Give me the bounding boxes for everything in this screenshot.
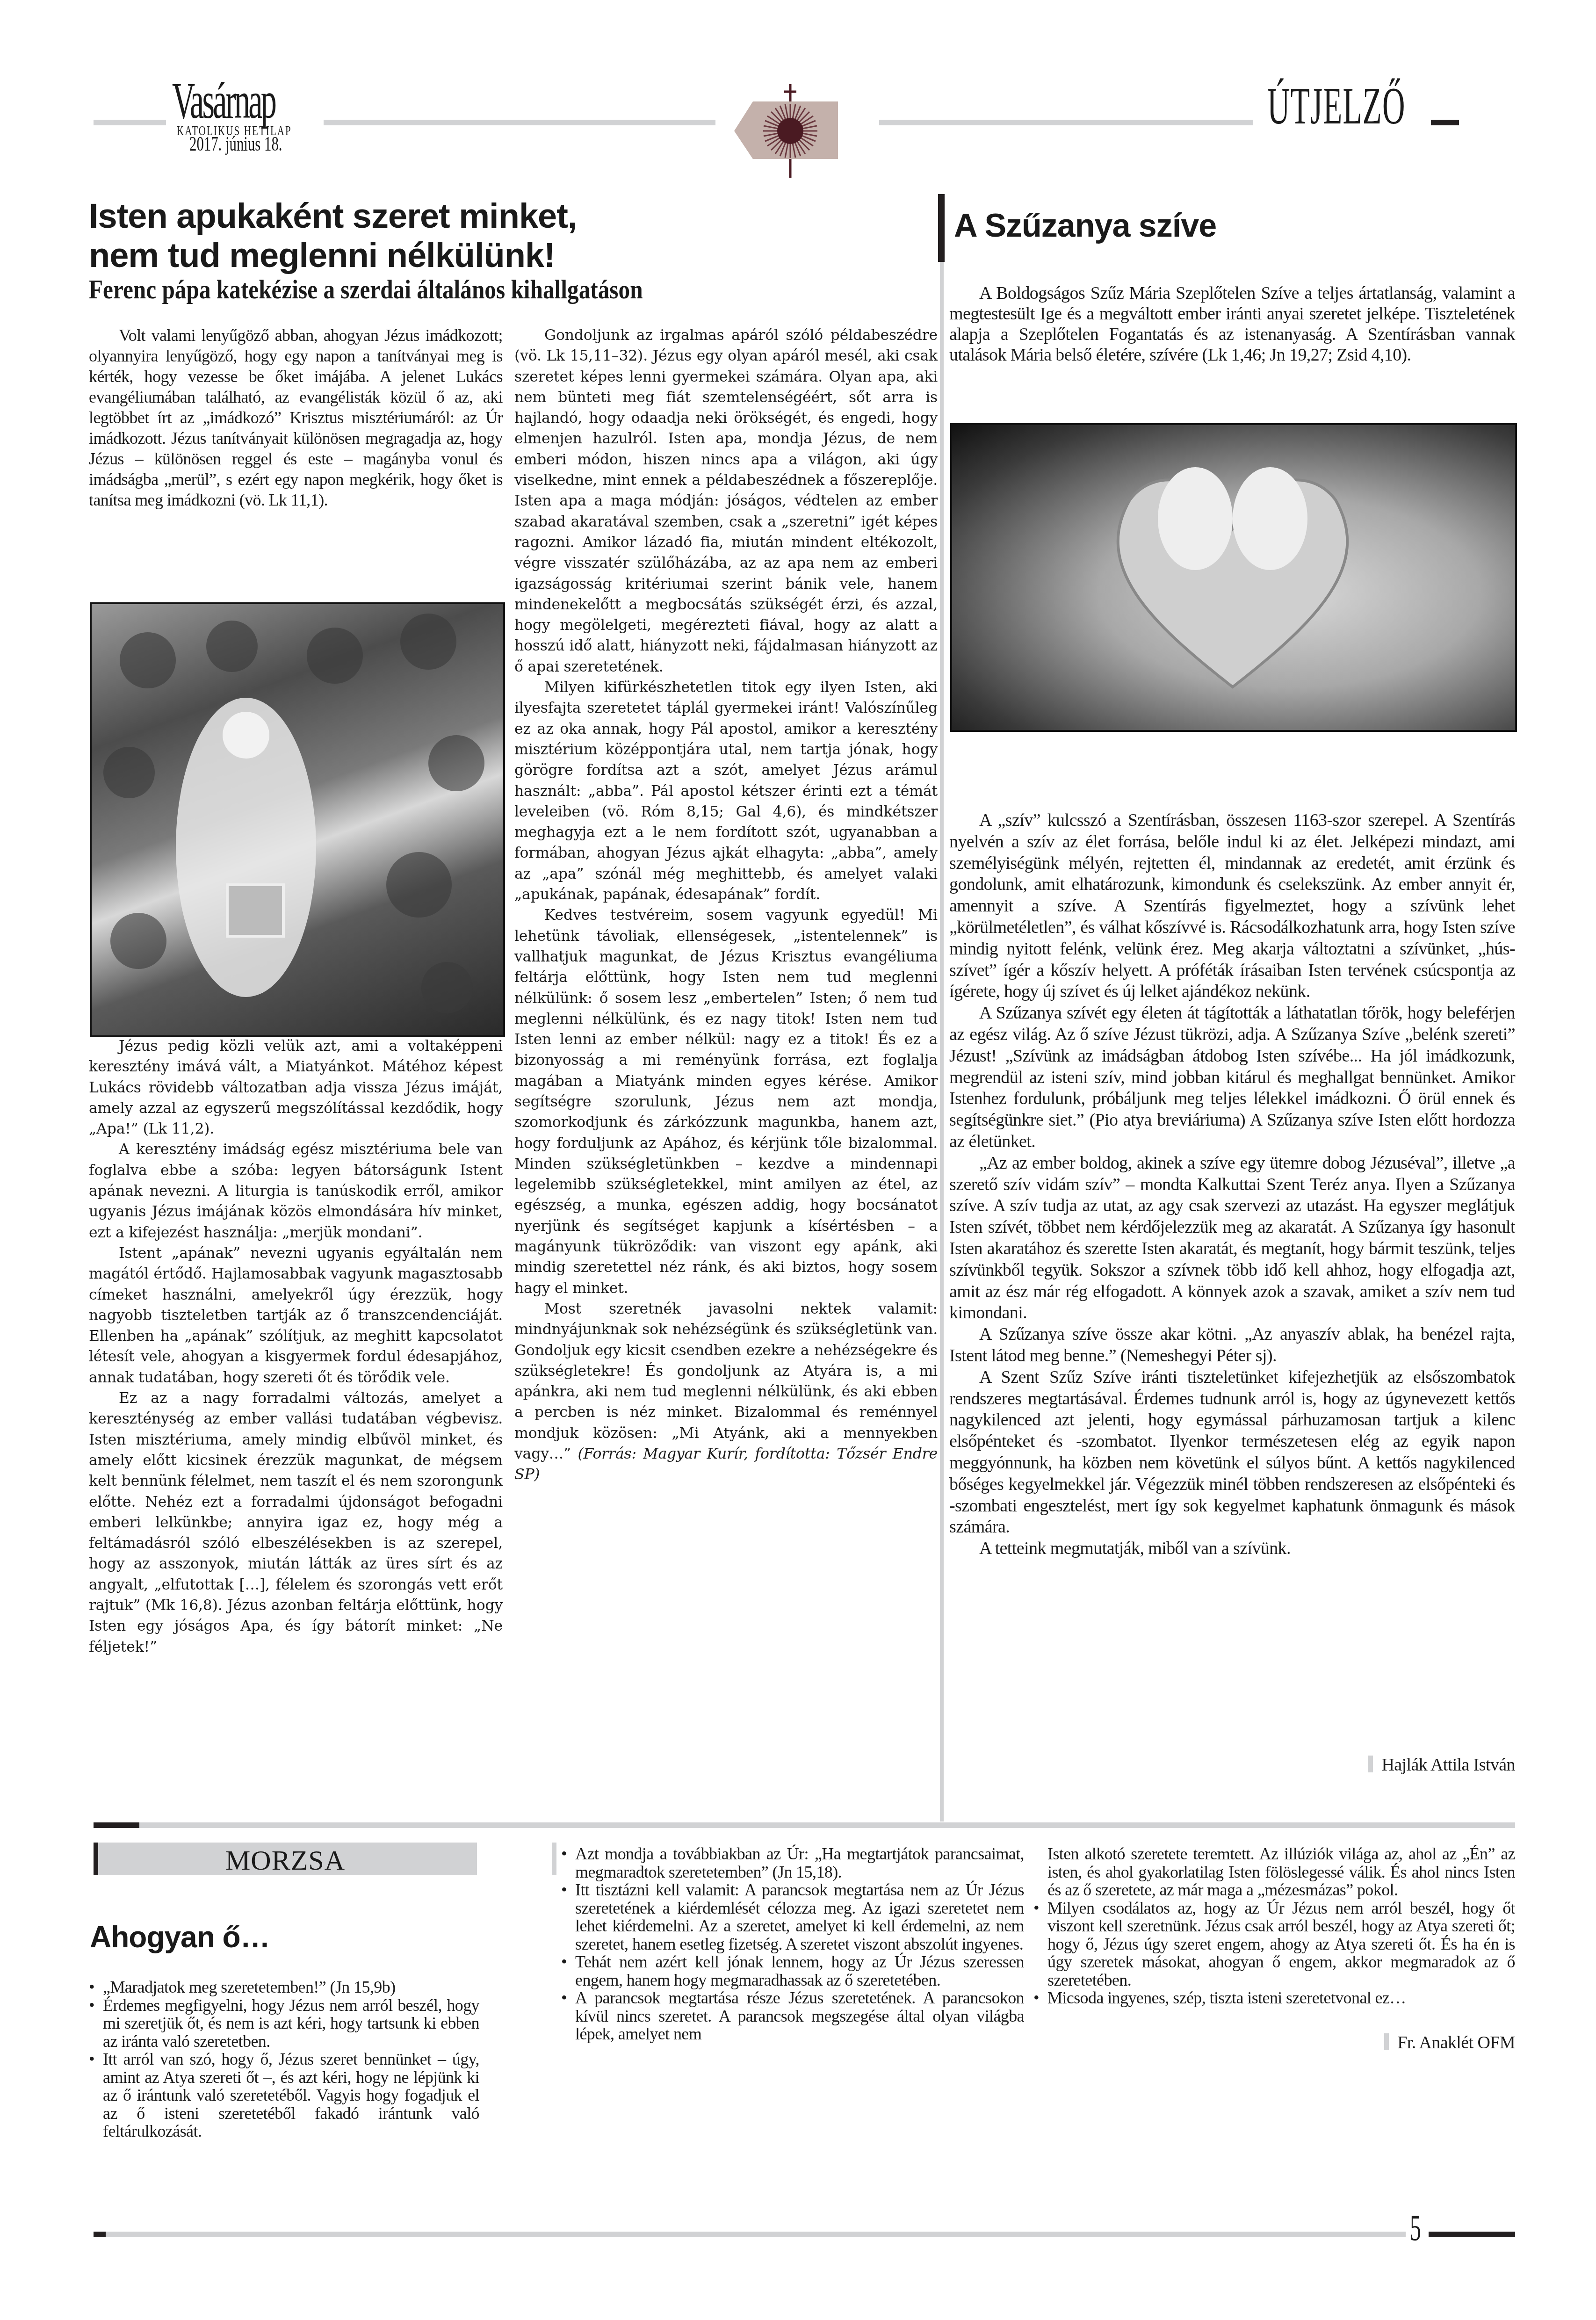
page-number: 5	[1410, 2207, 1421, 2249]
footer-rule-black-right	[1429, 2232, 1515, 2237]
article-title-line1: Isten apukaként szeret minket,	[89, 196, 790, 236]
main-col1-bottom: Jézus pedig közli velük azt, ami a volta…	[89, 1036, 503, 1657]
paragraph: A Szűzanya szívét egy életen át tágított…	[949, 1003, 1515, 1153]
newspaper-logo: Vasárnap	[172, 77, 275, 124]
paragraph: Volt valami lenyűgöző abban, ahogyan Jéz…	[89, 325, 503, 510]
section-rule-gray	[139, 1822, 1515, 1828]
main-col2: Gondoljunk az irgalmas apáról szóló péld…	[514, 325, 938, 1485]
morzsa-header: MORZSA	[94, 1843, 477, 1875]
main-col1-top: Volt valami lenyűgöző abban, ahogyan Jéz…	[89, 325, 503, 510]
closing-paragraph: Most szeretnék javasolni nektek valamit:…	[514, 1301, 938, 1462]
morzsa-col2: Azt mondja a továbbiakban az Úr: „Ha meg…	[561, 1845, 1024, 2043]
list-item: Érdemes megfigyelni, hogy Jézus nem arró…	[89, 1996, 479, 2051]
list-item: Itt tisztázni kell valamit: A parancsok …	[561, 1881, 1024, 1953]
list-item: Azt mondja a továbbiakban az Úr: „Ha meg…	[561, 1845, 1024, 1881]
author-name: Hajlák Attila István	[1381, 1755, 1515, 1775]
paragraph: Jézus pedig közli velük azt, ami a volta…	[89, 1036, 503, 1139]
right-intro: A Boldogságos Szűz Mária Szeplőtelen Szí…	[949, 283, 1515, 365]
paragraph: Kedves testvéreim, sosem vagyunk egyedül…	[514, 905, 938, 1299]
paragraph: „Az az ember boldog, akinek a szíve egy …	[949, 1153, 1515, 1324]
morzsa-col1: „Maradjatok meg szeretetemben!” (Jn 15,9…	[89, 1936, 479, 2140]
list-item: Itt arról van szó, hogy ő, Jézus szeret …	[89, 2050, 479, 2140]
section-rule-black	[94, 1822, 139, 1828]
article-title: Isten apukaként szeret minket, nem tud m…	[89, 196, 790, 275]
footer-rule-black-left	[94, 2232, 106, 2237]
masthead-rule-black	[1431, 120, 1459, 125]
morzsa-divider	[552, 1843, 556, 1875]
article-title-line2: nem tud meglenni nélkülünk!	[89, 236, 790, 275]
right-byline: Hajlák Attila István	[1368, 1755, 1515, 1775]
paragraph: Ez az a nagy forradalmi változás, amelye…	[89, 1388, 503, 1657]
column-divider	[940, 206, 944, 1821]
paragraph: A Boldogságos Szűz Mária Szeplőtelen Szí…	[949, 283, 1515, 365]
morzsa-label: MORZSA	[94, 1844, 477, 1877]
photo-placeholder-icon	[92, 604, 503, 1035]
paragraph: Most szeretnék javasolni nektek valamit:…	[514, 1299, 938, 1485]
paragraph: A Szűzanya szíve össze akar kötni. „Az a…	[949, 1324, 1515, 1367]
footer-rule-gray	[106, 2232, 1406, 2237]
byline-marker	[1384, 2033, 1389, 2050]
author-name: Fr. Anaklét OFM	[1397, 2033, 1515, 2053]
right-title-bar	[938, 194, 945, 262]
list-item: Tehát nem azért kell jónak lennem, hogy …	[561, 1953, 1024, 1989]
masthead-rule-right	[879, 120, 1253, 125]
baby-feet-heart-photo	[950, 423, 1517, 732]
pope-crowd-photo	[90, 602, 505, 1037]
right-body: A „szív” kulcsszó a Szentírásban, összes…	[949, 810, 1515, 1560]
list-item: A parancsok megtartása része Jézus szere…	[561, 1989, 1024, 2043]
paragraph: A „szív” kulcsszó a Szentírásban, összes…	[949, 810, 1515, 1003]
right-article-title: A Szűzanya szíve	[954, 206, 1216, 245]
section-title: ÚTJELZŐ	[1267, 80, 1406, 132]
paragraph: Gondoljunk az irgalmas apáról szóló péld…	[514, 325, 938, 677]
masthead-rule-center	[324, 120, 715, 125]
paragraph: Istent „apának” nevezni ugyanis egyáltal…	[89, 1243, 503, 1388]
source-credit: (Forrás: Magyar Kurír, fordította: Tőzsé…	[514, 1445, 938, 1483]
issue-date: 2017. június 18.	[189, 132, 282, 156]
morzsa-byline: Fr. Anaklét OFM	[1384, 2032, 1515, 2053]
list-item-continuation: Isten alkotó szeretete teremtett. Az ill…	[1033, 1845, 1515, 1899]
paragraph: A Szent Szűz Szíve iránti tiszteletünket…	[949, 1367, 1515, 1538]
morzsa-col3: Isten alkotó szeretete teremtett. Az ill…	[1033, 1845, 1515, 2007]
byline-marker	[1368, 1756, 1373, 1772]
photo-placeholder-icon	[952, 425, 1515, 730]
masthead-rule-left	[94, 120, 166, 125]
paragraph: A tetteink megmutatják, miből van a szív…	[949, 1538, 1515, 1560]
paragraph: Milyen kifürkészhetetlen titok egy ilyen…	[514, 677, 938, 905]
sacred-heart-signpost-icon	[734, 75, 846, 178]
list-item: „Maradjatok meg szeretetemben!” (Jn 15,9…	[89, 1978, 479, 1996]
paragraph: A keresztény imádság egész misztériuma b…	[89, 1139, 503, 1243]
list-item: Milyen csodálatos az, hogy az Úr Jézus n…	[1033, 1899, 1515, 1989]
list-item: Micsoda ingyenes, szép, tiszta isteni sz…	[1033, 1989, 1515, 2007]
article-subtitle: Ferenc pápa katekézise a szerdai általán…	[89, 276, 643, 304]
